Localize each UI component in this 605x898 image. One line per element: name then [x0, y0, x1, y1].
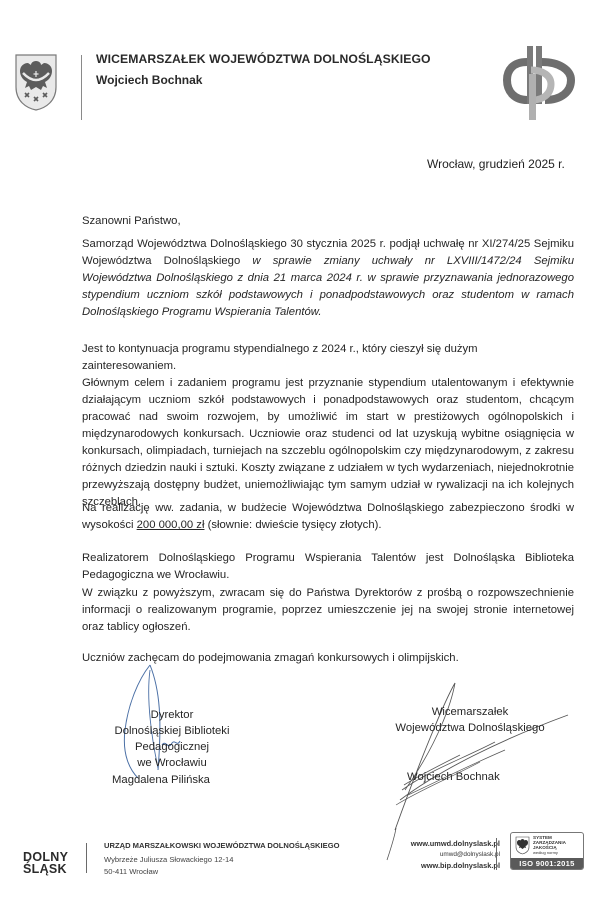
org-title: WICEMARSZAŁEK WOJEWÓDZTWA DOLNOŚLĄSKIEGO [96, 52, 431, 66]
org-person: Wojciech Bochnak [96, 73, 202, 87]
signature-left-line2: Dolnośląskiej Biblioteki Pedagogicznej [78, 723, 266, 755]
footer-address-street: Wybrzeże Juliusza Słowackiego 12-14 [104, 855, 234, 864]
footer-divider-left [86, 843, 87, 873]
footer-address-city: 50-411 Wrocław [104, 867, 158, 876]
footer-divider-right [496, 838, 497, 870]
signature-right-title: Wicemarszałek Województwa Dolnośląskiego [390, 704, 550, 736]
footer-office-name: URZĄD MARSZAŁKOWSKI WOJEWÓDZTWA DOLNOŚLĄ… [104, 841, 340, 850]
dbp-logo-icon [503, 44, 577, 122]
paragraph-budget: Na realizację ww. zadania, w budżecie Wo… [82, 500, 574, 534]
paragraph-program-goal: Głównym celem i zadaniem programu jest p… [82, 375, 574, 511]
footer-bip-link[interactable]: www.bip.dolnyslask.pl [380, 860, 500, 871]
iso-standard-label: ISO 9001:2015 [511, 858, 583, 869]
eagle-icon [515, 836, 530, 855]
paragraph-continuation: Jest to kontynuacja programu stypendialn… [82, 341, 574, 375]
signature-left-line1: Dyrektor [78, 707, 266, 723]
footer-website-link[interactable]: www.umwd.dolnyslask.pl [380, 838, 500, 849]
signature-right-line2: Województwa Dolnośląskiego [390, 720, 550, 736]
footer-email-link[interactable]: umwd@dolnyslask.pl [380, 849, 500, 860]
header-divider [81, 55, 82, 120]
brand-line2: ŚLĄSK [23, 863, 68, 875]
signature-right-line1: Wicemarszałek [390, 704, 550, 720]
place-date: Wrocław, grudzień 2025 r. [427, 157, 565, 171]
paragraph-budget-words: (słownie: dwieście tysięcy złotych). [204, 519, 381, 531]
paragraph-organizer: Realizatorem Dolnośląskiego Programu Wsp… [82, 550, 574, 584]
greeting: Szanowni Państwo, [82, 213, 574, 230]
dolny-slask-logo: DOLNY ŚLĄSK [23, 851, 68, 875]
footer-contacts: www.umwd.dolnyslask.pl umwd@dolnyslask.p… [380, 838, 500, 871]
coat-of-arms-icon [14, 53, 58, 111]
paragraph-encouragement: Uczniów zachęcam do podejmowania zmagań … [82, 650, 574, 667]
budget-amount: 200 000,00 zł [137, 519, 205, 531]
paragraph-resolution: Samorząd Województwa Dolnośląskiego 30 s… [82, 236, 574, 321]
signature-left-name: Magdalena Pilińska [112, 774, 210, 786]
iso-certificate-badge: SYSTEM ZARZĄDZANIA JAKOŚCIĄ według normy… [510, 832, 584, 870]
signature-left-line3: we Wrocławiu [78, 755, 266, 771]
signature-right-name: Wojciech Bochnak [407, 771, 500, 783]
signature-left-title: Dyrektor Dolnośląskiej Biblioteki Pedago… [78, 707, 266, 771]
paragraph-request: W związku z powyższym, zwracam się do Pa… [82, 585, 574, 636]
iso-line4: według normy [533, 850, 566, 855]
